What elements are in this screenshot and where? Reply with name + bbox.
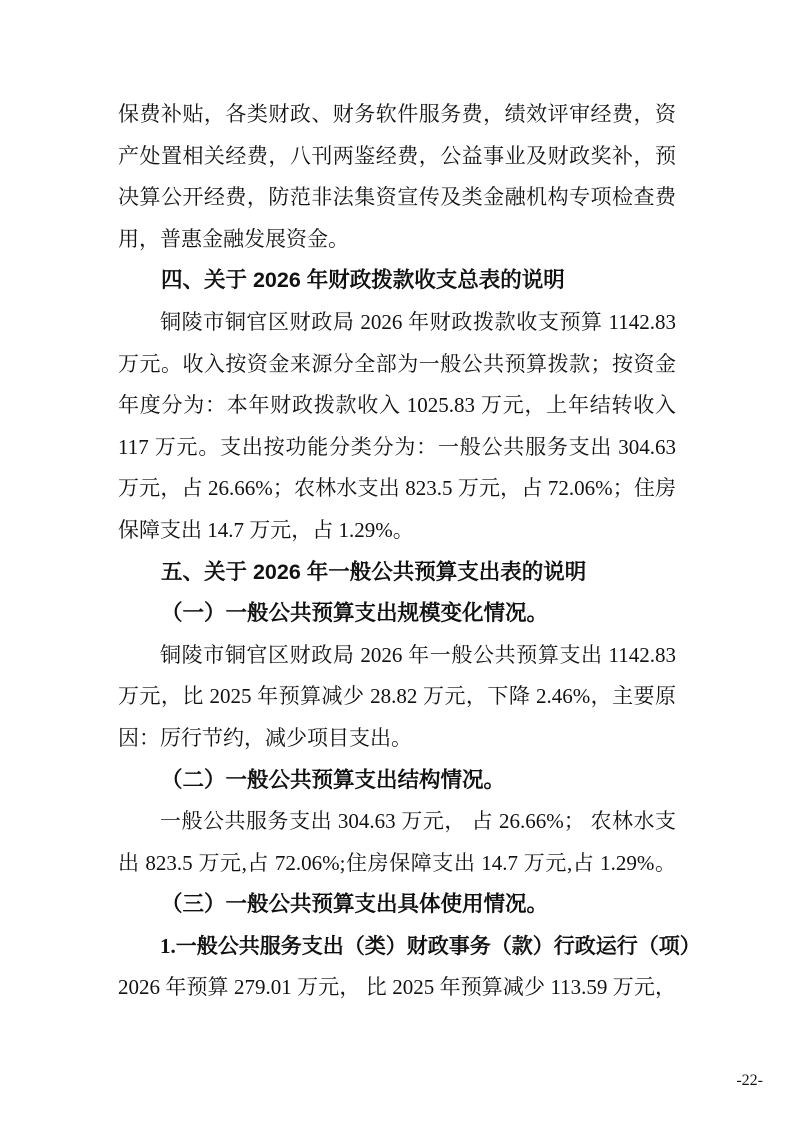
body-text-line: 因：厉行节约，减少项目支出。 xyxy=(118,718,676,760)
body-text-line: 出 823.5 万元,占 72.06%;住房保障支出 14.7 万元,占 1.2… xyxy=(118,843,676,885)
body-text-line: 万元，占 26.66%；农林水支出 823.5 万元，占 72.06%；住房 xyxy=(118,468,676,510)
document-body: 保费补贴，各类财政、财务软件服务费，绩效评审经费，资产处置相关经费，八刊两鉴经费… xyxy=(118,94,676,1009)
body-text-line: 2026 年预算 279.01 万元， 比 2025 年预算减少 113.59 … xyxy=(118,967,676,1009)
body-text-line: 决算公开经费，防范非法集资宣传及类金融机构专项检查费 xyxy=(118,177,676,219)
item-heading: 1.一般公共服务支出（类）财政事务（款）行政运行（项） xyxy=(118,926,676,968)
subsection-heading: （二）一般公共预算支出结构情况。 xyxy=(118,760,676,802)
body-text-line: 年度分为：本年财政拨款收入 1025.83 万元，上年结转收入 xyxy=(118,385,676,427)
section-heading: 五、关于 2026 年一般公共预算支出表的说明 xyxy=(118,552,676,594)
body-text-line: 用，普惠金融发展资金。 xyxy=(118,219,676,261)
document-page: 保费补贴，各类财政、财务软件服务费，绩效评审经费，资产处置相关经费，八刊两鉴经费… xyxy=(0,0,793,1122)
section-heading: 四、关于 2026 年财政拨款收支总表的说明 xyxy=(118,260,676,302)
subsection-heading: （一）一般公共预算支出规模变化情况。 xyxy=(118,593,676,635)
body-text-line: 铜陵市铜官区财政局 2026 年一般公共预算支出 1142.83 xyxy=(118,635,676,677)
body-text-line: 一般公共服务支出 304.63 万元， 占 26.66%； 农林水支 xyxy=(118,801,676,843)
subsection-heading: （三）一般公共预算支出具体使用情况。 xyxy=(118,884,676,926)
body-text-line: 万元。收入按资金来源分全部为一般公共预算拨款；按资金 xyxy=(118,344,676,386)
body-text-line: 117 万元。支出按功能分类分为：一般公共服务支出 304.63 xyxy=(118,427,676,469)
page-number: -22- xyxy=(736,1070,763,1092)
body-text-line: 产处置相关经费，八刊两鉴经费，公益事业及财政奖补，预 xyxy=(118,136,676,178)
body-text-line: 保障支出 14.7 万元，占 1.29%。 xyxy=(118,510,676,552)
body-text-line: 保费补贴，各类财政、财务软件服务费，绩效评审经费，资 xyxy=(118,94,676,136)
body-text-line: 万元，比 2025 年预算减少 28.82 万元，下降 2.46%，主要原 xyxy=(118,676,676,718)
body-text-line: 铜陵市铜官区财政局 2026 年财政拨款收支预算 1142.83 xyxy=(118,302,676,344)
